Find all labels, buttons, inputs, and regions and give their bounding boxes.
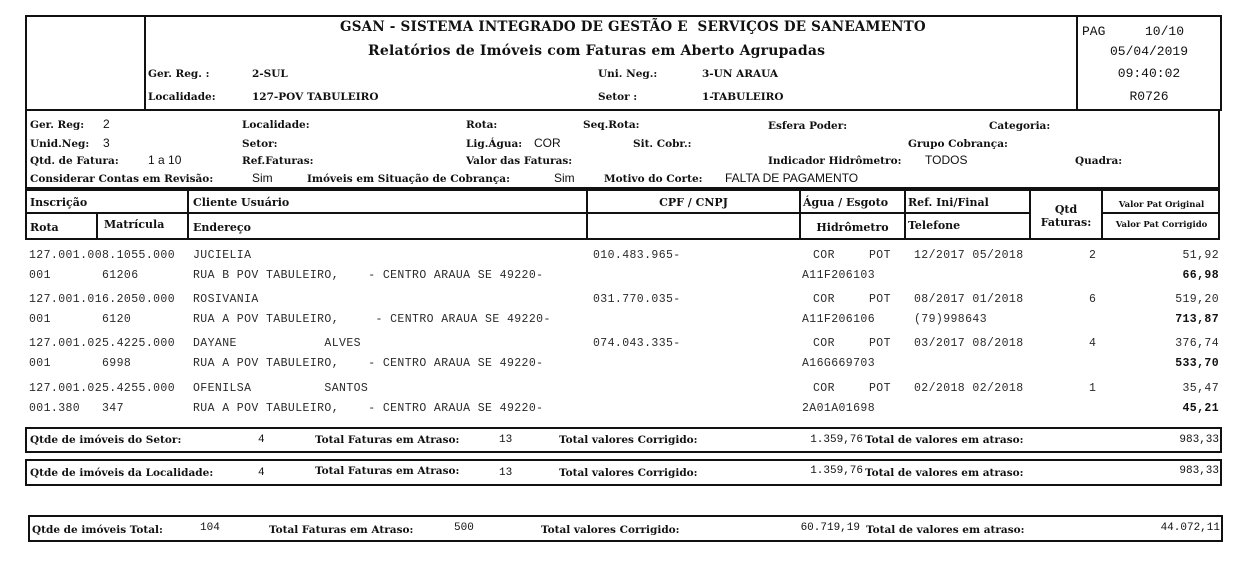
valor-original: 376,74 xyxy=(1115,338,1219,350)
endereco: RUA A POV TABULEIRO, - CENTRO ARAUA SE 4… xyxy=(193,358,543,370)
summary-total-qtd-value: 104 xyxy=(200,523,220,534)
cpf-cnpj: 074.043.335- xyxy=(593,338,681,350)
col-header-agua-esgoto: Água / Esgoto xyxy=(803,197,888,208)
summary-setor-atraso-label: Total de valores em atraso: xyxy=(865,435,1024,446)
filter-motivo-corte-value: FALTA DE PAGAMENTO xyxy=(725,172,858,184)
ligacao-agua: COR xyxy=(813,294,835,306)
matricula: 6998 xyxy=(102,358,131,370)
table-header-row-divider-valor xyxy=(1102,212,1220,214)
report-time: 09:40:02 xyxy=(1078,67,1220,80)
filter-lig-agua-label: Lig.Água: xyxy=(466,139,522,150)
col-header-ref-ini-final: Ref. Ini/Final xyxy=(908,197,989,208)
header-localidade-label: Localidade: xyxy=(148,92,216,103)
summary-total-faturas-value: 500 xyxy=(454,523,474,534)
ligacao-esgoto: POT xyxy=(869,383,891,395)
ligacao-esgoto: POT xyxy=(869,294,891,306)
col-header-matricula: Matrícula xyxy=(104,219,164,230)
header-setor-label: Setor : xyxy=(598,92,637,103)
summary-setor-qtd-label: Qtde de imóveis do Setor: xyxy=(30,435,181,446)
filter-considerar-revisao-label: Considerar Contas em Revisão: xyxy=(30,174,213,185)
filter-quadra-label: Quadra: xyxy=(1075,156,1122,167)
matricula: 6120 xyxy=(102,314,131,326)
valor-original: 35,47 xyxy=(1115,383,1219,395)
filter-esfera-poder-label: Esfera Poder: xyxy=(768,121,847,132)
summary-total: Qtde de imóveis Total: 104 Total Faturas… xyxy=(28,515,1223,542)
rota: 001 xyxy=(29,314,51,326)
endereco: RUA A POV TABULEIRO, - CENTRO ARAUA SE 4… xyxy=(193,314,551,326)
report-title: Relatórios de Imóveis com Faturas em Abe… xyxy=(368,44,825,58)
cliente-usuario: OFENILSA SANTOS xyxy=(193,383,368,395)
hidrometro: 2A01A01698 xyxy=(802,403,875,415)
filter-valor-faturas-label: Valor das Faturas: xyxy=(466,156,572,167)
col-header-cpf-cnpj: CPF / CNPJ xyxy=(588,197,799,208)
filter-setor-label: Setor: xyxy=(242,139,278,150)
endereco: RUA B POV TABULEIRO, - CENTRO ARAUA SE 4… xyxy=(193,270,543,282)
filter-qtd-fatura-label: Qtd. de Fatura: xyxy=(30,156,119,167)
col-header-endereco: Endereço xyxy=(193,222,251,233)
telefone: (79)998643 xyxy=(914,314,987,326)
col-header-faturas: Faturas: xyxy=(1031,217,1101,228)
filter-lig-agua-value: COR xyxy=(534,137,561,149)
summary-setor-faturas-label: Total Faturas em Atraso: xyxy=(315,435,459,446)
summary-total-corrigido-label: Total valores Corrigido: xyxy=(541,525,680,536)
ref-ini-final: 08/2017 01/2018 xyxy=(914,294,1024,306)
summary-localidade-atraso-label: Total de valores em atraso: xyxy=(865,468,1024,479)
col-header-qtd: Qtd xyxy=(1031,204,1101,215)
qtd-faturas: 1 xyxy=(1089,383,1096,395)
filter-situacao-cobranca-label: Imóveis em Situação de Cobrança: xyxy=(307,174,510,185)
filter-indicador-hidrometro-label: Indicador Hidrômetro: xyxy=(768,156,901,167)
col-header-hidrometro: Hidrômetro xyxy=(801,222,904,233)
valor-original: 519,20 xyxy=(1115,294,1219,306)
summary-setor: Qtde de imóveis do Setor: 4 Total Fatura… xyxy=(25,427,1222,453)
qtd-faturas: 6 xyxy=(1089,294,1096,306)
filter-ref-faturas-label: Ref.Faturas: xyxy=(242,156,314,167)
filter-ger-reg-value: 2 xyxy=(103,118,110,130)
inscricao: 127.001.025.4225.000 xyxy=(29,338,175,350)
filter-indicador-hidrometro-value: TODOS xyxy=(925,154,967,166)
col-header-cliente: Cliente Usuário xyxy=(193,197,289,208)
filter-qtd-fatura-value: 1 a 10 xyxy=(148,154,181,166)
inscricao: 127.001.008.1055.000 xyxy=(29,250,175,262)
summary-localidade-corrigido-label: Total valores Corrigido: xyxy=(559,468,698,479)
summary-localidade-corrigido-value: 1.359,76 xyxy=(767,466,863,477)
table-row[interactable]: 127.001.025.4225.000 DAYANE ALVES 074.04… xyxy=(25,334,1220,374)
col-divider-cliente xyxy=(187,189,189,240)
header-localidade-value: 127-POV TABULEIRO xyxy=(252,92,379,103)
col-header-valor-corrigido: Valor Pat Corrigido xyxy=(1103,221,1220,230)
ligacao-agua: COR xyxy=(813,250,835,262)
summary-total-corrigido-value: 60.719,19 xyxy=(760,523,860,534)
cpf-cnpj: 010.483.965- xyxy=(593,250,681,262)
summary-localidade-atraso-value: 983,33 xyxy=(1107,466,1219,477)
filter-situacao-cobranca-value: Sim xyxy=(554,172,575,184)
inscricao: 127.001.025.4255.000 xyxy=(29,383,175,395)
qtd-faturas: 2 xyxy=(1089,250,1096,262)
rota: 001.380 xyxy=(29,403,80,415)
ligacao-agua: COR xyxy=(813,338,835,350)
hidrometro: A16G669703 xyxy=(802,358,875,370)
rota: 001 xyxy=(29,358,51,370)
valor-corrigido: 713,87 xyxy=(1115,314,1219,326)
summary-total-atraso-value: 44.072,11 xyxy=(1100,523,1220,534)
ligacao-agua: COR xyxy=(813,383,835,395)
filter-rota-label: Rota: xyxy=(466,120,497,131)
system-title: GSAN - SISTEMA INTEGRADO DE GESTÃO E SER… xyxy=(340,21,926,35)
summary-localidade-qtd-value: 4 xyxy=(258,468,265,479)
page-number: 10/10 xyxy=(1145,25,1184,38)
header-ger-reg-label: Ger. Reg. : xyxy=(148,69,209,80)
filter-grupo-cobranca-label: Grupo Cobrança: xyxy=(908,139,1008,150)
hidrometro: A11F206103 xyxy=(802,270,875,282)
header-divider-left xyxy=(144,15,146,111)
header-setor-value: 1-TABULEIRO xyxy=(702,92,784,103)
ligacao-esgoto: POT xyxy=(869,250,891,262)
summary-total-atraso-label: Total de valores em atraso: xyxy=(866,525,1025,536)
header-uni-neg-value: 3-UN ARAUA xyxy=(702,69,778,80)
summary-setor-corrigido-label: Total valores Corrigido: xyxy=(559,435,698,446)
filter-unid-neg-value: 3 xyxy=(103,137,110,149)
table-row[interactable]: 127.001.008.1055.000 JUCIELIA 010.483.96… xyxy=(25,246,1220,286)
filter-motivo-corte-label: Motivo do Corte: xyxy=(604,174,703,185)
summary-setor-qtd-value: 4 xyxy=(258,435,265,446)
rota: 001 xyxy=(29,270,51,282)
filter-considerar-revisao-value: Sim xyxy=(252,172,273,184)
cpf-cnpj: 031.770.035- xyxy=(593,294,681,306)
col-header-telefone: Telefone xyxy=(908,220,960,231)
cliente-usuario: JUCIELIA xyxy=(193,250,251,262)
hidrometro: A11F206106 xyxy=(802,314,875,326)
filter-localidade-label: Localidade: xyxy=(242,120,310,131)
matricula: 61206 xyxy=(102,270,139,282)
cliente-usuario: ROSIVANIA xyxy=(193,294,259,306)
qtd-faturas: 4 xyxy=(1089,338,1096,350)
summary-setor-corrigido-value: 1.359,76 xyxy=(767,435,863,446)
valor-corrigido: 66,98 xyxy=(1115,270,1219,282)
report-code: R0726 xyxy=(1078,90,1220,103)
summary-localidade-qtd-label: Qtde de imóveis da Localidade: xyxy=(30,468,213,479)
valor-corrigido: 45,21 xyxy=(1115,403,1219,415)
header-ger-reg-value: 2-SUL xyxy=(252,69,288,80)
cliente-usuario: DAYANE ALVES xyxy=(193,338,361,350)
summary-setor-faturas-value: 13 xyxy=(499,435,512,446)
page-label: PAG xyxy=(1082,25,1105,38)
inscricao: 127.001.016.2050.000 xyxy=(29,294,175,306)
col-divider-valor xyxy=(1101,189,1103,240)
valor-corrigido: 533,70 xyxy=(1115,358,1219,370)
summary-total-qtd-label: Qtde de imóveis Total: xyxy=(32,525,163,536)
summary-localidade-faturas-value: 13 xyxy=(499,468,512,479)
filter-sit-cobr-label: Sit. Cobr.: xyxy=(633,139,692,150)
table-header-row-divider xyxy=(25,212,1030,214)
ref-ini-final: 02/2018 02/2018 xyxy=(914,383,1024,395)
filter-seq-rota-label: Seq.Rota: xyxy=(583,120,640,131)
table-row[interactable]: 127.001.016.2050.000 ROSIVANIA 031.770.0… xyxy=(25,290,1220,330)
report-date: 05/04/2019 xyxy=(1078,45,1220,58)
summary-setor-atraso-value: 983,33 xyxy=(1107,435,1219,446)
ref-ini-final: 03/2017 08/2018 xyxy=(914,338,1024,350)
col-divider-matricula xyxy=(96,212,98,240)
header-uni-neg-label: Uni. Neg.: xyxy=(598,69,657,80)
logo-area xyxy=(27,17,144,109)
valor-original: 51,92 xyxy=(1115,250,1219,262)
col-divider-ref xyxy=(904,189,906,240)
col-header-rota: Rota xyxy=(30,222,59,233)
col-header-inscricao: Inscrição xyxy=(30,197,87,208)
ligacao-esgoto: POT xyxy=(869,338,891,350)
ref-ini-final: 12/2017 05/2018 xyxy=(914,250,1024,262)
filter-unid-neg-label: Unid.Neg: xyxy=(30,139,89,150)
summary-localidade-faturas-label: Total Faturas em Atraso: xyxy=(315,466,459,477)
col-header-valor-original: Valor Pat Original xyxy=(1103,201,1220,210)
filter-ger-reg-label: Ger. Reg: xyxy=(30,120,84,131)
summary-total-faturas-label: Total Faturas em Atraso: xyxy=(269,525,413,536)
filter-categoria-label: Categoria: xyxy=(989,121,1050,132)
table-row[interactable]: 127.001.025.4255.000 OFENILSA SANTOS COR… xyxy=(25,379,1220,419)
endereco: RUA A POV TABULEIRO, - CENTRO ARAUA SE 4… xyxy=(193,403,543,415)
matricula: 347 xyxy=(102,403,124,415)
summary-localidade: Qtde de imóveis da Localidade: 4 Total F… xyxy=(25,459,1222,486)
